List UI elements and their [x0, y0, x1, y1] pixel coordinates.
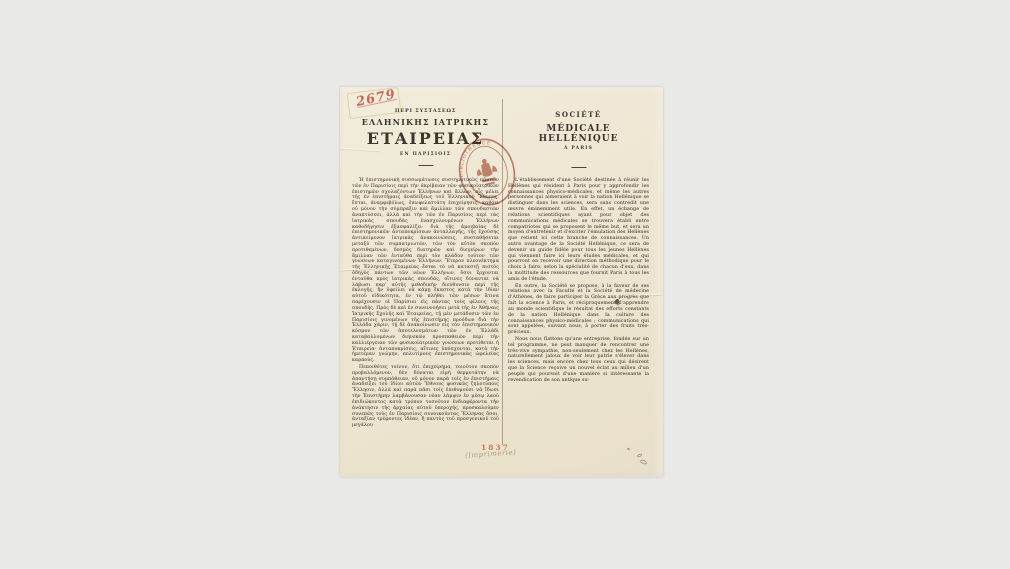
french-paragraph-2: En outre, la Société se propose, à la fa…: [508, 284, 649, 336]
french-paragraph-3: Nous nous flattons qu'une entreprise, fo…: [508, 337, 649, 384]
greek-paragraph-2: Πεποιθότες τοίνυν, ὅτι ἐπιχείρημα, τοιοῦ…: [352, 365, 499, 429]
document-page: 2679 ΠΕΡΙ ΣΥΣΤΑΣΕΩΣ ΕΛΛΗΝΙΚΗΣ ΙΑΤΡΙΚΗΣ Ε…: [340, 87, 663, 477]
pencil-scribble: [625, 447, 649, 467]
french-title-line3: À PARIS: [508, 146, 649, 151]
greek-title-divider: [418, 165, 433, 166]
scan-background: 2679 ΠΕΡΙ ΣΥΣΤΑΣΕΩΣ ΕΛΛΗΝΙΚΗΣ ΙΑΤΡΙΚΗΣ Ε…: [0, 0, 1010, 569]
greek-body-text: Ἡ ἐπιστημονικὴ συσσωμάτωσις συστηματικῶς…: [352, 178, 499, 429]
french-paragraph-1: L'établissement d'une Société destinée à…: [508, 178, 649, 283]
french-title-line1: SOCIÉTÉ: [508, 110, 649, 119]
greek-title-line2: ΕΛΛΗΝΙΚΗΣ ΙΑΤΡΙΚΗΣ: [352, 117, 499, 127]
french-title-line2: MÉDICALE HELLÉNIQUE: [508, 124, 649, 144]
french-body-text: L'établissement d'une Société destinée à…: [508, 178, 649, 383]
french-column: SOCIÉTÉ MÉDICALE HELLÉNIQUE À PARIS L'ét…: [508, 87, 649, 455]
greek-title-line1: ΠΕΡΙ ΣΥΣΤΑΣΕΩΣ: [352, 108, 499, 114]
french-title-divider: [571, 167, 586, 168]
